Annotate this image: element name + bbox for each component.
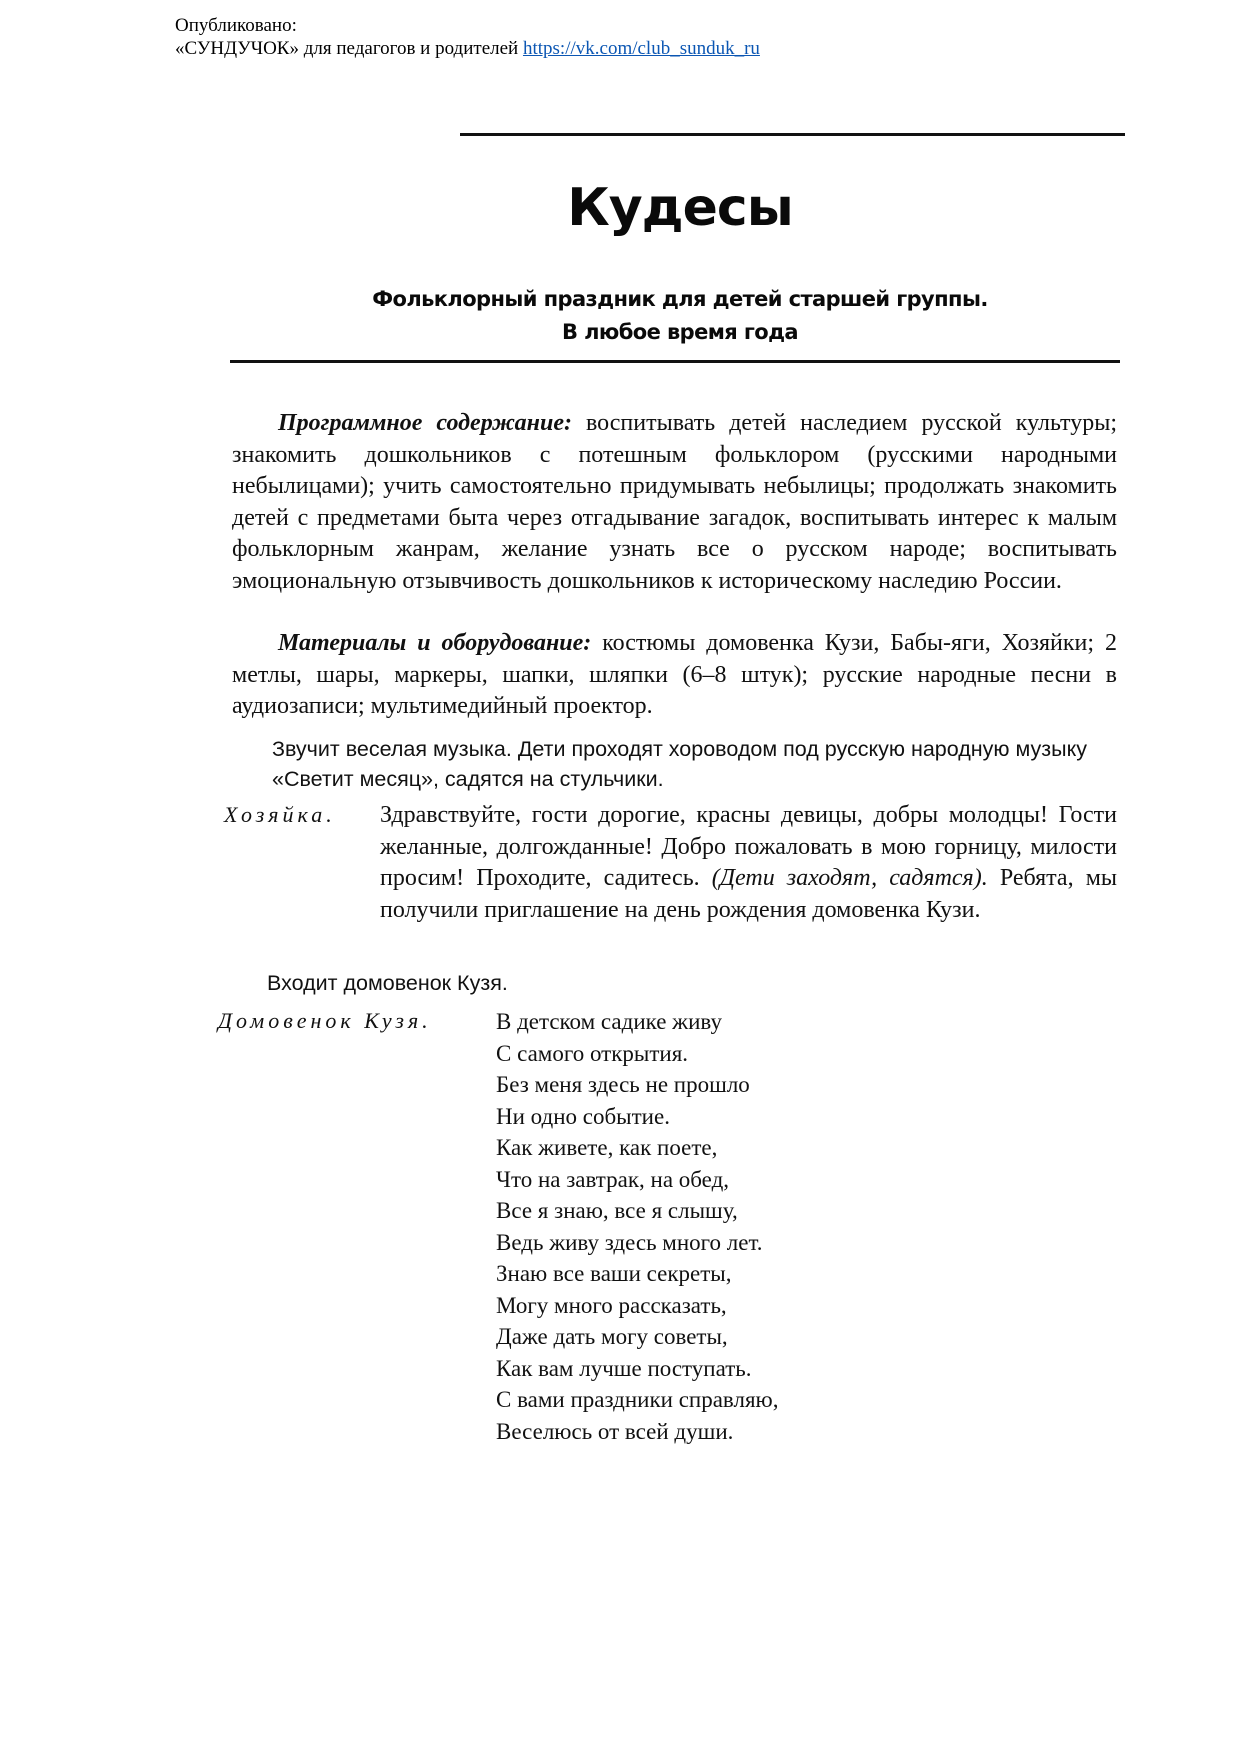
poem-line: Как вам лучше поступать. bbox=[496, 1353, 778, 1385]
poem-line: Как живете, как поете, bbox=[496, 1132, 778, 1164]
program-content-text: воспитывать детей наследием русской куль… bbox=[232, 410, 1117, 594]
source-link[interactable]: https://vk.com/club_sunduk_ru bbox=[523, 38, 760, 59]
speaker-kuzya: Домовенок Кузя. bbox=[218, 1008, 432, 1034]
stage-direction-music: Звучит веселая музыка. Дети проходят хор… bbox=[272, 734, 1117, 794]
poem-line: Все я знаю, все я слышу, bbox=[496, 1195, 778, 1227]
materials-label: Материалы и оборудование: bbox=[278, 630, 591, 656]
program-content-paragraph: Программное содержание: воспитывать дете… bbox=[232, 408, 1117, 597]
poem-line: С самого открытия. bbox=[496, 1038, 778, 1070]
kuzya-poem: В детском садике живу С самого открытия.… bbox=[496, 1006, 778, 1447]
publication-note: Опубликовано: «СУНДУЧОК» для педагогов и… bbox=[175, 14, 760, 60]
published-label: Опубликовано: bbox=[175, 14, 760, 37]
bottom-divider bbox=[230, 360, 1120, 363]
page-title: Кудесы bbox=[0, 178, 1240, 238]
source-text: «СУНДУЧОК» для педагогов и родителей bbox=[175, 38, 518, 59]
host-stage-note: (Дети заходят, садятся). bbox=[712, 865, 988, 891]
subtitle-line-1: Фольклорный праздник для детей старшей г… bbox=[120, 283, 1240, 316]
materials-paragraph: Материалы и оборудование: костюмы домове… bbox=[232, 628, 1117, 723]
page-subtitle: Фольклорный праздник для детей старшей г… bbox=[0, 283, 1240, 349]
poem-line: Без меня здесь не прошло bbox=[496, 1069, 778, 1101]
poem-line: Даже дать могу советы, bbox=[496, 1321, 778, 1353]
poem-line: Ведь живу здесь много лет. bbox=[496, 1227, 778, 1259]
poem-line: Ни одно событие. bbox=[496, 1101, 778, 1133]
poem-line: В детском садике живу bbox=[496, 1006, 778, 1038]
poem-line: С вами праздники справляю, bbox=[496, 1384, 778, 1416]
top-divider bbox=[460, 133, 1125, 136]
poem-line: Знаю все ваши секреты, bbox=[496, 1258, 778, 1290]
stage-direction-enter: Входит домовенок Кузя. bbox=[267, 968, 1112, 998]
poem-line: Веселюсь от всей души. bbox=[496, 1416, 778, 1448]
speaker-host: Хозяйка. bbox=[224, 802, 336, 828]
host-speech: Здравствуйте, гости дорогие, красны деви… bbox=[380, 800, 1117, 926]
program-content-label: Программное содержание: bbox=[278, 410, 572, 436]
poem-line: Могу много рассказать, bbox=[496, 1290, 778, 1322]
poem-line: Что на завтрак, на обед, bbox=[496, 1164, 778, 1196]
subtitle-line-2: В любое время года bbox=[120, 316, 1240, 349]
source-line: «СУНДУЧОК» для педагогов и родителей htt… bbox=[175, 37, 760, 60]
